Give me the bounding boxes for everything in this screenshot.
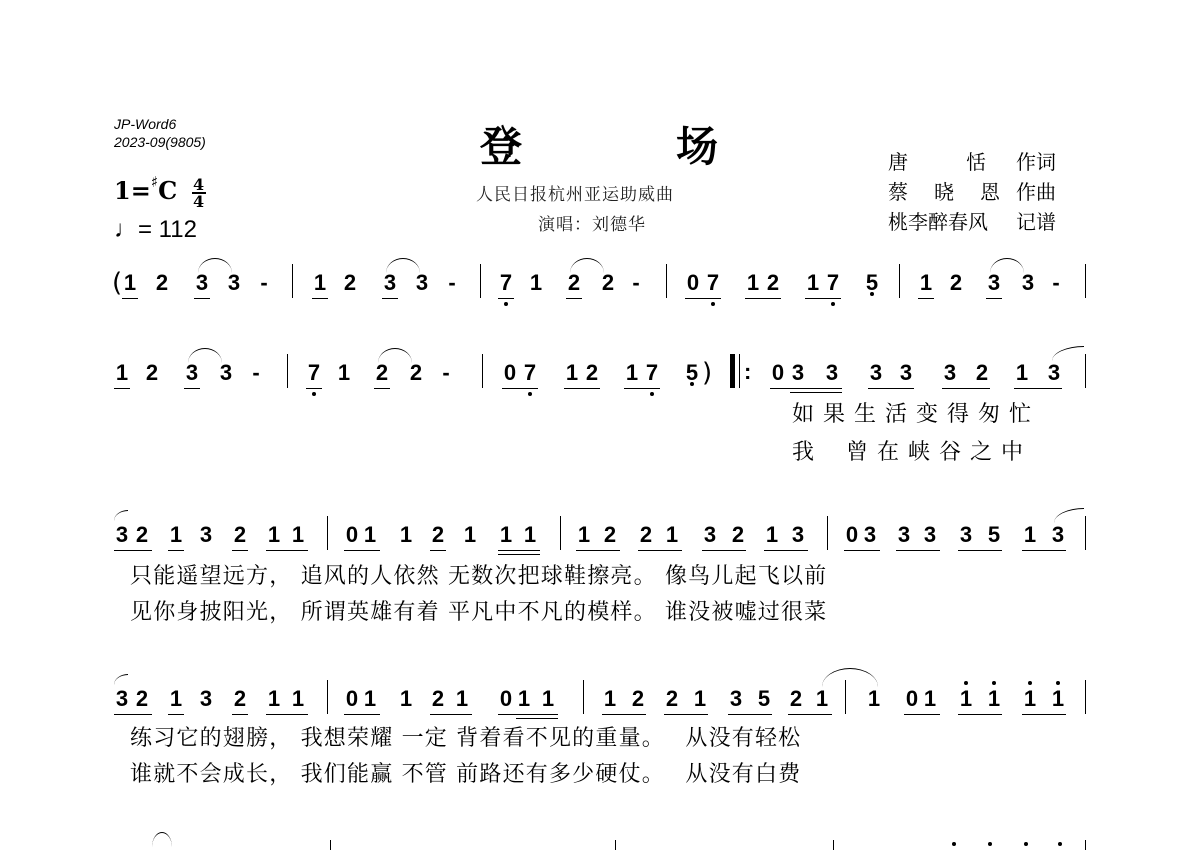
note: 3 xyxy=(1020,270,1036,296)
note: 3 xyxy=(184,360,200,386)
barline xyxy=(480,264,481,298)
note: 3 xyxy=(790,522,806,548)
barline xyxy=(615,840,616,850)
note: 3 xyxy=(114,522,130,548)
note: 1 xyxy=(624,360,640,386)
tie xyxy=(114,674,128,685)
note: 0 xyxy=(770,360,786,386)
time-bottom: 4 xyxy=(193,194,204,209)
performer: 演唱：刘德华 xyxy=(538,210,646,235)
note: 2 xyxy=(144,360,160,386)
note: 3 xyxy=(898,360,914,386)
note: 1 xyxy=(454,686,470,712)
note: 2 xyxy=(664,686,680,712)
barline xyxy=(827,516,828,550)
lyrics-verse-2: 谁就不会成长， 我们能赢 不管 前路还有多少硬仗。 从没有白费 xyxy=(130,762,801,788)
tie xyxy=(822,668,878,687)
sharp-icon: ♯ xyxy=(151,173,158,191)
barline xyxy=(482,354,483,388)
note: 1 xyxy=(362,686,378,712)
note: 2 xyxy=(566,270,582,296)
dash: - xyxy=(256,270,272,296)
composer-name: 蔡 晓 恩 xyxy=(888,176,1016,205)
lyricist-role: 作词 xyxy=(1016,150,1056,174)
note: 7 xyxy=(705,270,721,296)
dash: - xyxy=(438,360,454,386)
note: 2 xyxy=(974,360,990,386)
note: 2 xyxy=(730,522,746,548)
note: 1 xyxy=(168,522,184,548)
lyrics-verse-2: 见你身披阳光， 所谓英雄有着 平凡中不凡的模样。 谁没被嘘过很菜 xyxy=(130,600,827,626)
version-label: 2023-09(9805) xyxy=(114,134,206,151)
barline xyxy=(1085,264,1086,298)
tempo-mark: ♩= 112 xyxy=(114,216,197,244)
note: 3 xyxy=(896,522,912,548)
note: 7 xyxy=(306,360,322,386)
note: 1 xyxy=(266,686,282,712)
lyrics-verse-1: 只能遥望远方， 追风的人依然 无数次把球鞋擦亮。 像鸟儿起飞以前 xyxy=(130,564,827,590)
note: 1 xyxy=(312,270,328,296)
transcriber-name: 桃李醉春风 xyxy=(888,206,1016,235)
note: 2 xyxy=(600,270,616,296)
note: 1 xyxy=(564,360,580,386)
note: 2 xyxy=(638,522,654,548)
note-high: 1 xyxy=(1022,686,1038,712)
tie xyxy=(1054,508,1084,523)
note: 5 xyxy=(864,270,880,296)
title-char-2: 场 xyxy=(676,114,718,174)
note-high: 1 xyxy=(1050,686,1066,712)
note: 2 xyxy=(630,686,646,712)
note: 3 xyxy=(198,522,214,548)
note: 2 xyxy=(788,686,804,712)
note: 5 xyxy=(684,360,700,386)
dash: - xyxy=(248,360,264,386)
barline xyxy=(899,264,900,298)
time-top: 4 xyxy=(193,177,204,192)
note: 1 xyxy=(540,686,556,712)
note: 3 xyxy=(218,360,234,386)
subtitle: 人民日报杭州亚运助威曲 xyxy=(476,180,674,205)
note: 1 xyxy=(805,270,821,296)
note: 3 xyxy=(790,360,806,386)
note: 2 xyxy=(374,360,390,386)
note: 3 xyxy=(922,522,938,548)
composer-role: 作曲 xyxy=(1016,180,1056,204)
note: 5 xyxy=(986,522,1002,548)
note: 2 xyxy=(232,686,248,712)
note: 7 xyxy=(498,270,514,296)
note: 1 xyxy=(122,270,138,296)
lyrics-verse-1: 练习它的翅膀， 我想荣耀 一定 背着看不见的重量。 从没有轻松 xyxy=(130,726,801,752)
note: 3 xyxy=(824,360,840,386)
note: 3 xyxy=(868,360,884,386)
barline xyxy=(583,680,584,714)
note: 3 xyxy=(942,360,958,386)
note-high: 1 xyxy=(986,686,1002,712)
note: 1 xyxy=(664,522,680,548)
tie xyxy=(1052,346,1084,361)
note: 1 xyxy=(362,522,378,548)
note: 1 xyxy=(1014,360,1030,386)
note: 7 xyxy=(522,360,538,386)
note: 2 xyxy=(232,522,248,548)
score-line-4: 3 2 1 3 2 1 1 0 1 1 2 1 0 1 1 1 2 2 1 3 … xyxy=(0,686,1200,726)
note: 3 xyxy=(702,522,718,548)
note: 1 xyxy=(168,686,184,712)
barline xyxy=(327,680,328,714)
note: 0 xyxy=(502,360,518,386)
note: 2 xyxy=(430,522,446,548)
note: 7 xyxy=(644,360,660,386)
note: 1 xyxy=(114,360,130,386)
note: 1 xyxy=(1022,522,1038,548)
note: 5 xyxy=(756,686,772,712)
repeat-dots: : xyxy=(744,362,751,382)
tie xyxy=(570,258,604,273)
note: 3 xyxy=(958,522,974,548)
barline xyxy=(1085,516,1086,550)
lyricist-name: 唐 恬 xyxy=(888,146,1016,175)
open-paren: ( xyxy=(112,268,122,298)
barline xyxy=(1085,680,1086,714)
barline xyxy=(1085,840,1086,850)
time-signature: 44 xyxy=(192,177,206,209)
note: 2 xyxy=(948,270,964,296)
note: 1 xyxy=(266,522,282,548)
note: 1 xyxy=(516,686,532,712)
note: 1 xyxy=(522,522,538,548)
tie xyxy=(378,348,412,363)
note: 3 xyxy=(1046,360,1062,386)
barline xyxy=(287,354,288,388)
tie xyxy=(188,348,222,363)
note: 2 xyxy=(430,686,446,712)
note: 3 xyxy=(382,270,398,296)
note: 1 xyxy=(576,522,592,548)
repeat-start-thick-bar xyxy=(730,354,735,388)
lyrics-verse-2: 我 曾 在 峡 谷 之 中 xyxy=(792,440,1024,466)
barline xyxy=(833,840,834,850)
tie xyxy=(990,258,1024,273)
note: 1 xyxy=(528,270,544,296)
note: 3 xyxy=(1050,522,1066,548)
barline xyxy=(666,264,667,298)
note: 0 xyxy=(904,686,920,712)
key-note: C xyxy=(158,176,177,205)
note: 3 xyxy=(862,522,878,548)
note: 7 xyxy=(825,270,841,296)
dash: - xyxy=(628,270,644,296)
composer-credit: 蔡 晓 恩作曲 xyxy=(888,176,1088,205)
title-char-1: 登 xyxy=(480,114,522,174)
lyricist-credit: 唐 恬作词 xyxy=(888,146,1088,175)
note: 2 xyxy=(342,270,358,296)
note: 0 xyxy=(344,686,360,712)
note: 1 xyxy=(602,686,618,712)
note: 0 xyxy=(844,522,860,548)
note: 2 xyxy=(154,270,170,296)
note: 2 xyxy=(584,360,600,386)
note: 1 xyxy=(290,522,306,548)
note: 2 xyxy=(602,522,618,548)
score-line-1: ( 1 2 3 3 - 1 2 3 3 - 7 1 2 2 - 0 7 1 2 … xyxy=(0,270,1200,310)
note: 3 xyxy=(194,270,210,296)
note: 1 xyxy=(866,686,882,712)
note-high: 1 xyxy=(958,686,974,712)
note: 1 xyxy=(745,270,761,296)
software-label: JP-Word6 xyxy=(114,116,176,133)
close-paren: ) xyxy=(702,358,712,388)
note: 1 xyxy=(398,522,414,548)
barline xyxy=(327,516,328,550)
note: 1 xyxy=(918,270,934,296)
note: 1 xyxy=(922,686,938,712)
key-signature: 1=♯C 44 xyxy=(114,176,206,209)
barline xyxy=(1085,354,1086,388)
transcriber-credit: 桃李醉春风记谱 xyxy=(888,206,1088,235)
note: 1 xyxy=(290,686,306,712)
note: 3 xyxy=(414,270,430,296)
barline xyxy=(560,516,561,550)
score-line-2: 1 2 3 3 - 7 1 2 2 - 0 7 1 2 1 7 5 ) : 0 … xyxy=(0,360,1200,400)
quarter-note-icon: ♩ xyxy=(114,216,138,243)
tie xyxy=(114,510,128,521)
note: 3 xyxy=(986,270,1002,296)
note: 2 xyxy=(134,522,150,548)
note: 3 xyxy=(114,686,130,712)
transcriber-role: 记谱 xyxy=(1016,210,1056,234)
key-prefix: 1= xyxy=(114,176,151,205)
note: 1 xyxy=(814,686,830,712)
note: 1 xyxy=(398,686,414,712)
note: 1 xyxy=(336,360,352,386)
score-line-3: 3 2 1 3 2 1 1 0 1 1 2 1 1 1 1 2 2 1 3 2 … xyxy=(0,522,1200,562)
note: 2 xyxy=(408,360,424,386)
dash: - xyxy=(444,270,460,296)
note: 0 xyxy=(498,686,514,712)
lyrics-verse-1: 如 果 生 活 变 得 匆 忙 xyxy=(792,402,1032,428)
score-line-5-partial xyxy=(0,840,1200,850)
note: 1 xyxy=(692,686,708,712)
note: 0 xyxy=(685,270,701,296)
dash: - xyxy=(1048,270,1064,296)
note: 2 xyxy=(134,686,150,712)
barline xyxy=(292,264,293,298)
note: 1 xyxy=(498,522,514,548)
tempo-value: = 112 xyxy=(138,216,197,243)
note: 3 xyxy=(226,270,242,296)
barline xyxy=(845,680,846,714)
repeat-start-thin-bar xyxy=(739,354,740,388)
note: 2 xyxy=(765,270,781,296)
note: 1 xyxy=(462,522,478,548)
note: 3 xyxy=(728,686,744,712)
note: 0 xyxy=(344,522,360,548)
note: 1 xyxy=(764,522,780,548)
tie xyxy=(152,832,172,847)
note: 3 xyxy=(198,686,214,712)
barline xyxy=(330,840,331,850)
